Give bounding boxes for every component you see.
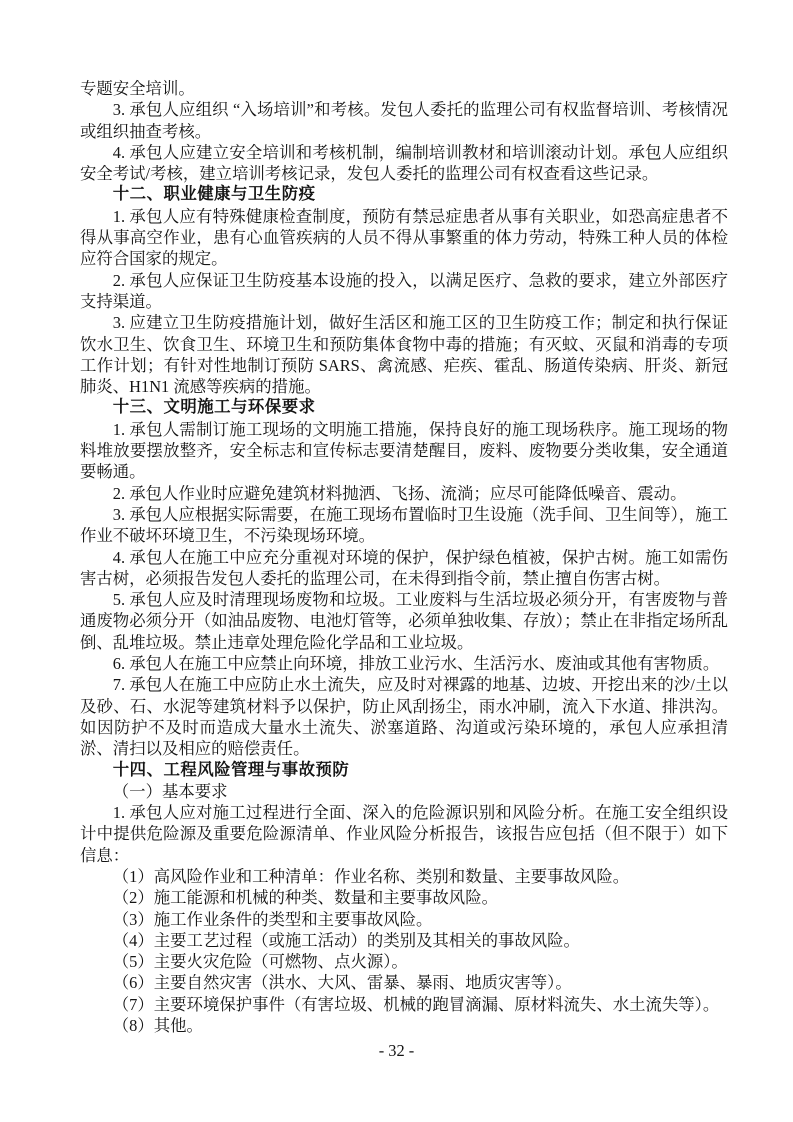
doc-paragraph: 4. 承包人在施工中应充分重视对环境的保护，保护绿色植被，保护古树。施工如需伤害… <box>80 547 728 590</box>
doc-paragraph: （8）其他。 <box>80 1015 728 1036</box>
section-heading: 十三、文明施工与环保要求 <box>80 397 728 418</box>
doc-paragraph: （一）基本要求 <box>80 781 728 802</box>
doc-paragraph: （2）施工能源和机械的种类、数量和主要事故风险。 <box>80 887 728 908</box>
doc-paragraph: 1. 承包人应对施工过程进行全面、深入的危险源识别和风险分析。在施工安全组织设计… <box>80 802 728 866</box>
doc-paragraph: 3. 承包人应根据实际需要，在施工现场布置临时卫生设施（洗手间、卫生间等），施工… <box>80 504 728 547</box>
doc-paragraph: 6. 承包人在施工中应禁止向环境，排放工业污水、生活污水、废油或其他有害物质。 <box>80 653 728 674</box>
doc-paragraph: （7）主要环境保护事件（有害垃圾、机械的跑冒滴漏、原材料流失、水土流失等）。 <box>80 994 728 1015</box>
doc-paragraph: 2. 承包人作业时应避免建筑材料抛洒、飞扬、流淌；应尽可能降低噪音、震动。 <box>80 483 728 504</box>
doc-paragraph: 1. 承包人应有特殊健康检查制度，预防有禁忌症患者从事有关职业，如恐高症患者不得… <box>80 206 728 270</box>
doc-paragraph: 4. 承包人应建立安全培训和考核机制，编制培训教材和培训滚动计划。承包人应组织安… <box>80 142 728 185</box>
doc-paragraph: （6）主要自然灾害（洪水、大风、雷暴、暴雨、地质灾害等）。 <box>80 972 728 993</box>
page-number: - 32 - <box>0 1040 793 1061</box>
doc-paragraph: （4）主要工艺过程（或施工活动）的类别及其相关的事故风险。 <box>80 930 728 951</box>
section-heading: 十二、职业健康与卫生防疫 <box>80 184 728 205</box>
doc-paragraph: （1）高风险作业和工种清单：作业名称、类别和数量、主要事故风险。 <box>80 866 728 887</box>
doc-paragraph: 1. 承包人需制订施工现场的文明施工措施，保持良好的施工现场秩序。施工现场的物料… <box>80 419 728 483</box>
document-page: 专题安全培训。3. 承包人应组织 “入场培训”和考核。发包人委托的监理公司有权监… <box>0 0 793 1122</box>
doc-paragraph: 3. 承包人应组织 “入场培训”和考核。发包人委托的监理公司有权监督培训、考核情… <box>80 99 728 142</box>
doc-paragraph: 7. 承包人在施工中应防止水土流失，应及时对裸露的地基、边坡、开挖出来的沙/土以… <box>80 674 728 759</box>
document-body: 专题安全培训。3. 承包人应组织 “入场培训”和考核。发包人委托的监理公司有权监… <box>80 64 728 1036</box>
doc-paragraph: （3）施工作业条件的类型和主要事故风险。 <box>80 909 728 930</box>
section-heading: 十四、工程风险管理与事故预防 <box>80 760 728 781</box>
doc-paragraph: 2. 承包人应保证卫生防疫基本设施的投入，以满足医疗、急救的要求，建立外部医疗支… <box>80 270 728 313</box>
doc-paragraph: 5. 承包人应及时清理现场废物和垃圾。工业废料与生活垃圾必须分开，有害废物与普通… <box>80 589 728 653</box>
doc-paragraph: 3. 应建立卫生防疫措施计划，做好生活区和施工区的卫生防疫工作；制定和执行保证饮… <box>80 312 728 397</box>
doc-paragraph: （5）主要火灾危险（可燃物、点火源）。 <box>80 951 728 972</box>
doc-paragraph: 专题安全培训。 <box>80 78 728 99</box>
